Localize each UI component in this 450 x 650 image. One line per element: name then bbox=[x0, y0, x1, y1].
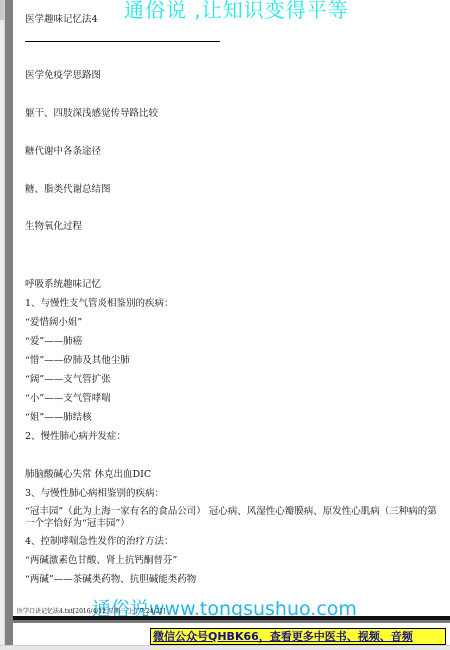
body-line: 肺脑酸碱心失常 休克出血DIC bbox=[25, 469, 151, 481]
body-line: “两碱”——茶碱类药物、抗胆碱能类药物 bbox=[25, 574, 196, 586]
page-footer: 医学口诀记忆法4.txt[2016/4/12 星期二 上午7:24:21] bbox=[17, 606, 165, 615]
wechat-banner[interactable]: 微信公众号QHBK66，查看更多中医书、视频、音频 bbox=[150, 628, 446, 645]
section-title: 呼吸系统趣味记忆 bbox=[25, 279, 101, 291]
body-line: “小”——支气管哮喘 bbox=[25, 393, 111, 405]
body-line: 2、慢性肺心病并发症： bbox=[25, 431, 126, 443]
toc-item: 糖、脂类代谢总结图 bbox=[25, 184, 111, 196]
body-line: 3、与慢性肺心病相鉴别的疾病： bbox=[25, 488, 164, 500]
body-line: “两碱激素色甘酸、肾上抗钙酮替芬” bbox=[25, 555, 177, 567]
toc-item: 躯干、四肢深浅感觉传导路比较 bbox=[25, 108, 158, 120]
page-gutter bbox=[5, 0, 13, 650]
body-line: 4、控制哮喘急性发作的治疗方法： bbox=[25, 536, 174, 548]
body-line: “阔”——支气管扩张 bbox=[25, 374, 111, 386]
watermark-top: 通俗说 ,让知识变得平等 bbox=[124, 0, 349, 23]
toc-item: 医学免疫学思路图 bbox=[25, 70, 101, 82]
scrollbar-thumb[interactable] bbox=[0, 0, 4, 20]
toc-item: 糖代谢中各条途径 bbox=[25, 146, 101, 158]
body-line: “姐”——肺结核 bbox=[25, 412, 92, 424]
body-line: “惜”——矽肺及其他尘肺 bbox=[25, 355, 130, 367]
body-line: “冠丰园”（此为上海一家有名的食品公司） 冠心病、风湿性心瓣膜病、原发性心肌病（… bbox=[25, 506, 437, 530]
body-line: 1、与慢性支气管炎相鉴别的疾病： bbox=[25, 298, 174, 310]
toc-item: 生物氧化过程 bbox=[25, 221, 82, 233]
body-line: “爱”——肺癌 bbox=[25, 336, 82, 348]
body-line: “爱惜阔小姐” bbox=[25, 317, 82, 329]
document-title: 医学趣味记忆法4 bbox=[25, 14, 98, 26]
bottom-scrollbar[interactable] bbox=[0, 645, 450, 650]
title-divider bbox=[25, 41, 220, 42]
